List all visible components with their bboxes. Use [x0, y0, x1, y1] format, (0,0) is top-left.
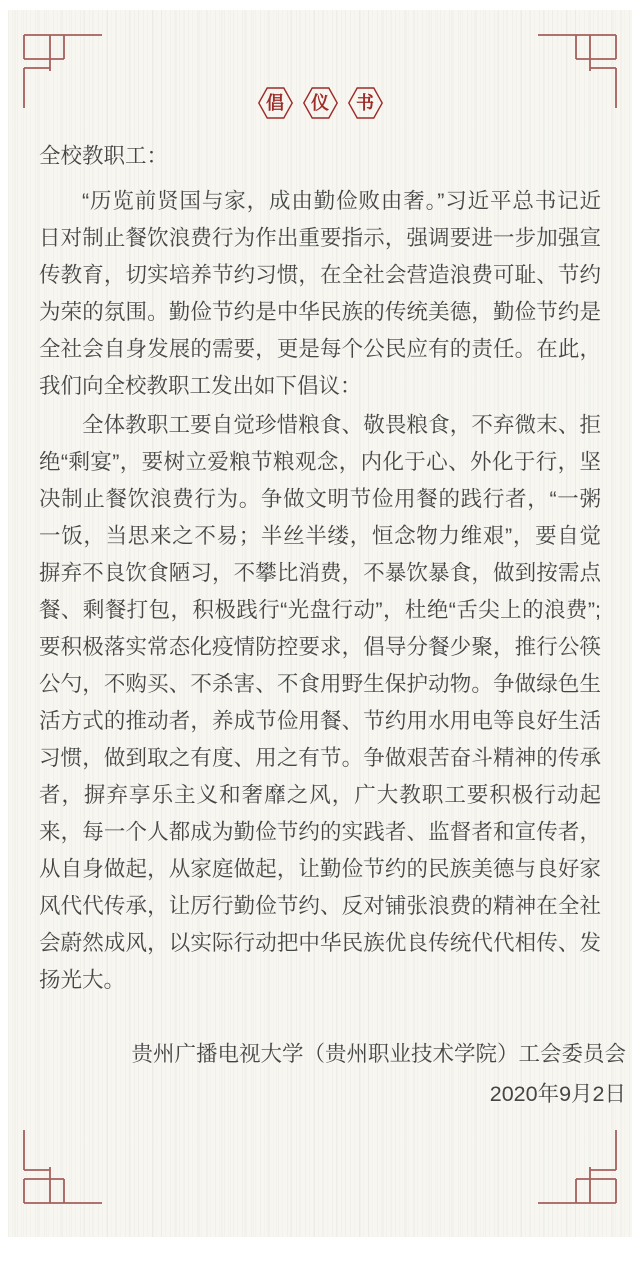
signature-block: 贵州广播电视大学（贵州职业技术学院）工会委员会 2020年9月2日 — [39, 1034, 626, 1114]
proposal-document-page: 倡 仪 书 全校教职工： “历览前贤国与家，成由勤俭败由奢。”习近平总书记近日对… — [0, 0, 640, 1264]
title-char: 倡 — [258, 87, 293, 119]
signature-organization: 贵州广播电视大学（贵州职业技术学院）工会委员会 — [39, 1034, 626, 1074]
paragraph-2: 全体教职工要自觉珍惜粮食、敬畏粮食，不弃微末、拒绝“剩宴”，要树立爱粮节粮观念，… — [39, 407, 601, 999]
signature-date: 2020年9月2日 — [39, 1074, 626, 1114]
title-hexagon-badge: 仪 — [303, 87, 338, 119]
corner-frame-bottom-right-icon — [538, 1130, 617, 1207]
title-char: 仪 — [303, 87, 338, 119]
corner-frame-bottom-left-icon — [23, 1130, 102, 1207]
salutation: 全校教职工： — [39, 138, 601, 175]
title-hexagon-badge: 书 — [348, 87, 383, 119]
title-char: 书 — [348, 87, 383, 119]
document-body: 全校教职工： “历览前贤国与家，成由勤俭败由奢。”习近平总书记近日对制止餐饮浪费… — [39, 138, 601, 999]
paragraph-1: “历览前贤国与家，成由勤俭败由奢。”习近平总书记近日对制止餐饮浪费行为作出重要指… — [39, 183, 601, 405]
title-hexagon-badge: 倡 — [258, 87, 293, 119]
document-title: 倡 仪 书 — [8, 87, 632, 119]
paper-background: 倡 仪 书 全校教职工： “历览前贤国与家，成由勤俭败由奢。”习近平总书记近日对… — [8, 10, 632, 1237]
